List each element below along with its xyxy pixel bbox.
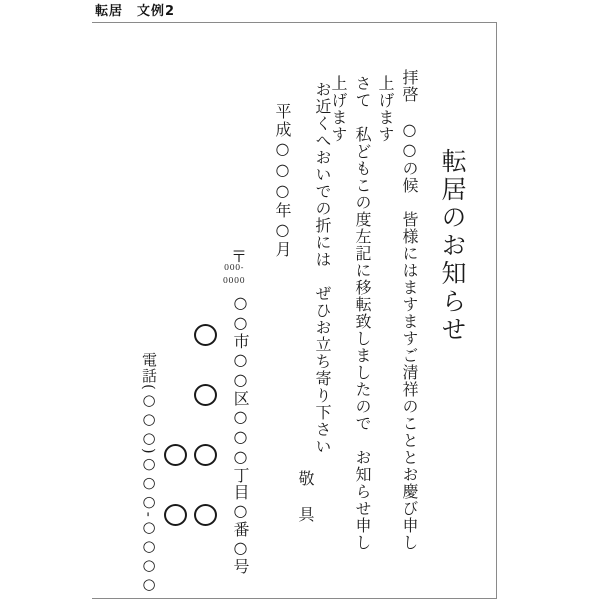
letter-body-column-5: お近くへおいでの折には ぜひお立ち寄り下さい	[311, 81, 334, 455]
zip-line-2: 0000	[222, 274, 246, 287]
closing-column: 敬 具	[294, 470, 317, 524]
name-placeholder-circle	[194, 324, 217, 346]
name-placeholder-circle	[164, 444, 187, 466]
name-placeholder-circle	[194, 444, 217, 466]
letter-title: 転居のお知らせ	[434, 148, 470, 344]
date-column: 平成○○○年○月	[271, 103, 294, 259]
name-placeholder-circle	[194, 384, 217, 406]
letter-body-column-2: 上げます	[374, 75, 397, 143]
address-column: ○○市○○区○○○丁目○番○号	[229, 293, 252, 575]
name-placeholder-secondary	[164, 444, 187, 526]
letter-body-column-1: 拝啓 ○○の候 皆様にはますますご清祥のこととお慶び申し	[398, 69, 421, 551]
page: { "page_label": "転居 文例2", "letter": { "t…	[0, 0, 600, 600]
name-placeholder-primary	[194, 324, 217, 526]
name-placeholder-circle	[194, 504, 217, 526]
name-placeholder-circle	[164, 504, 187, 526]
page-title-label: 転居 文例2	[95, 0, 175, 19]
zip-line-1: 000-	[222, 261, 246, 274]
letter-body-column-3: さて 私どもこの度左記に移転致しましたので お知らせ申し	[351, 75, 374, 551]
phone-column: 電話(○○○)○○○-○○○○	[139, 352, 160, 594]
zip-code: 000- 0000	[222, 261, 246, 287]
